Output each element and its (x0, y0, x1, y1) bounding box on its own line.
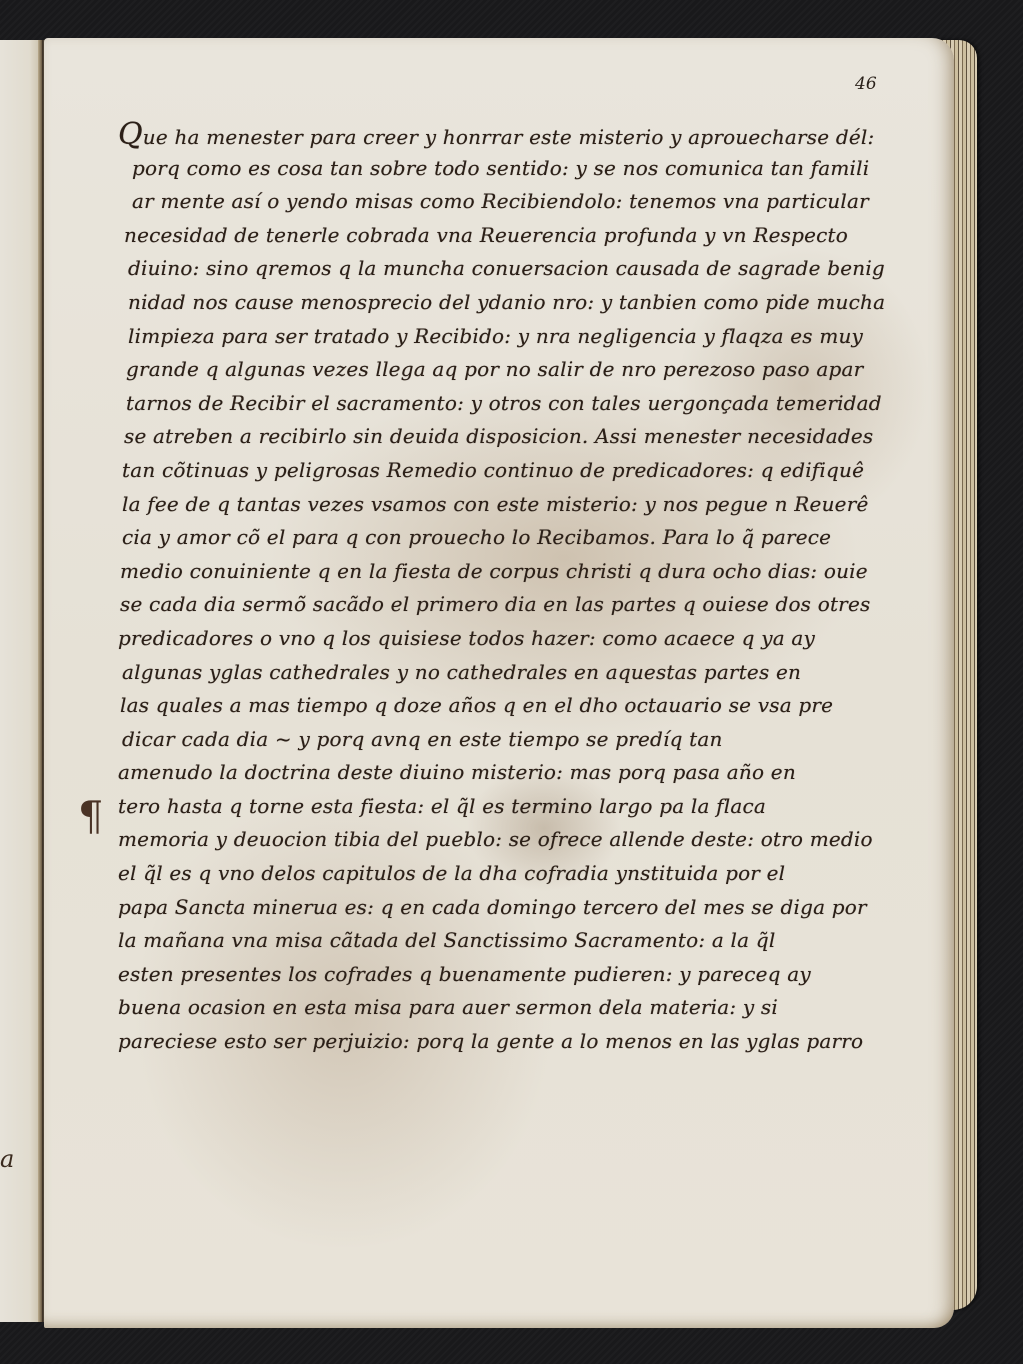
manuscript-line: grande q algunas vezes llega aq por no s… (118, 353, 938, 387)
pilcrow-marginal-mark: ¶ (78, 794, 103, 840)
manuscript-line: porq como es cosa tan sobre todo sentido… (118, 152, 938, 186)
manuscript-line: las quales a mas tiempo q doze años q en… (118, 689, 938, 723)
manuscript-line: dicar cada dia ~ y porq avnq en este tie… (118, 723, 938, 757)
folio-number: 46 (855, 74, 877, 94)
manuscript-line: cia y amor cõ el para q con prouecho lo … (118, 521, 938, 555)
manuscript-line: se cada dia sermõ sacãdo el primero dia … (118, 588, 938, 622)
manuscript-line: diuino: sino qremos q la muncha conuersa… (118, 252, 938, 286)
manuscript-line: el q̃l es q vno delos capitulos de la dh… (118, 857, 938, 891)
manuscript-line: pareciese esto ser perjuizio: porq la ge… (118, 1025, 938, 1059)
manuscript-text-block: Que ha menester para creer y honrrar est… (118, 118, 938, 1059)
manuscript-line: tarnos de Recibir el sacramento: y otros… (118, 387, 938, 421)
manuscript-line: Que ha menester para creer y honrrar est… (118, 118, 938, 152)
manuscript-line: tan cõtinuas y peligrosas Remedio contin… (118, 454, 938, 488)
manuscript-line: la mañana vna misa cãtada del Sanctissim… (118, 924, 938, 958)
manuscript-line: predicadores o vno q los quisiese todos … (118, 622, 938, 656)
manuscript-line: limpieza para ser tratado y Recibido: y … (118, 320, 938, 354)
left-page-edge: a (0, 40, 42, 1322)
manuscript-line: amenudo la doctrina deste diuino misteri… (118, 756, 938, 790)
manuscript-line: medio conuiniente q en la fiesta de corp… (118, 555, 938, 589)
manuscript-line: se atreben a recibirlo sin deuida dispos… (118, 420, 938, 454)
manuscript-line: necesidad de tenerle cobrada vna Reueren… (118, 219, 938, 253)
manuscript-line: algunas yglas cathedrales y no cathedral… (118, 656, 938, 690)
manuscript-line: buena ocasion en esta misa para auer ser… (118, 991, 938, 1025)
manuscript-line: tero hasta q torne esta fiesta: el q̃l e… (118, 790, 938, 824)
manuscript-line: papa Sancta minerua es: q en cada doming… (118, 891, 938, 925)
manuscript-line: esten presentes los cofrades q buenament… (118, 958, 938, 992)
manuscript-line: ar mente así o yendo misas como Recibien… (118, 185, 938, 219)
manuscript-line: nidad nos cause menosprecio del ydanio n… (118, 286, 938, 320)
left-page-text-fragment: a (0, 1145, 14, 1173)
manuscript-line: memoria y deuocion tibia del pueblo: se … (118, 823, 938, 857)
manuscript-line: la fee de q tantas vezes vsamos con este… (118, 488, 938, 522)
